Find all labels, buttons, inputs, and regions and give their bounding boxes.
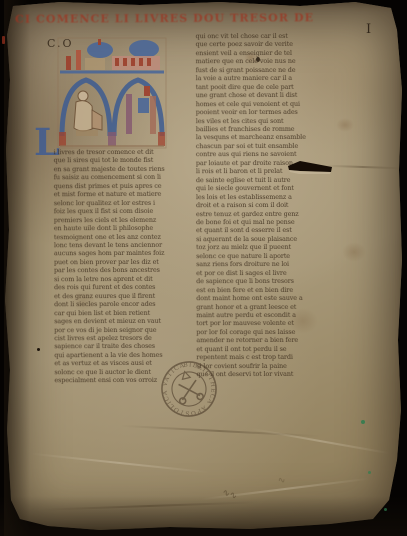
manuscript-text-line: les lois et les establissemenz a [196,192,336,201]
pigment-speck [368,471,371,474]
manuscript-text-line: une grant chose et devant li dist [196,91,336,100]
gutter-shadow [4,0,30,536]
manuscript-text-line: tant pooit dire que de cele part [196,83,336,92]
bottom-edge-shadow [0,496,407,536]
manuscript-text-line: si lor covient soufrir la paine [196,361,336,370]
manuscript-text-line: repentent mais c est trop tardi [196,353,336,362]
crossed-keys-icon [173,369,204,405]
manuscript-text-line: amender ne retorner a bien fere [196,336,336,345]
manuscript-text-line: chascun par soi et tuit ensamble [196,142,336,151]
manuscript-text-line: la voie a autre maniere car il a [196,74,336,83]
pigment-speck [384,508,387,511]
red-edge-mark [2,36,5,44]
manuscript-text-line: de bone foi et qui mal ne pense [196,218,336,227]
manuscript-text-line: pooient veoir en lor termes ades [196,108,336,117]
manuscript-text-line: fust de si grant poissance ne de [196,66,336,75]
pen-trial-mark: ∿ [277,475,286,486]
manuscript-text-line: homes et cele qui venoient et qui [196,99,336,108]
folio-number: I [366,22,371,37]
manuscript-text-line: qui le siecle gouvernent et font [196,184,336,193]
manuscript-text-line: sanz riens fors droiture ne loi [196,260,336,269]
manuscript-text-line: droit et a raison si com il doit [196,201,336,210]
text-column-left: i livres de tresor comence et ditque li … [54,148,195,385]
manuscript-text-line: toz jorz au mielz que il pueent [196,243,336,252]
manuscript-text-line: baillies et franchises de romme [196,125,336,134]
parchment-tear [286,158,336,178]
manuscript-text-line: tort por lor mauvese volente et [196,319,336,328]
manuscript-text-line: et quant il sont d esserre il est [196,226,336,235]
manuscript-text-line: por lor fol corage qui nes laisse [196,328,336,337]
manuscript-text-line: qui onc vit tel chose car il est [196,32,336,41]
manuscript-text-line: si aquerant de la soue plaisance [196,235,336,244]
text-column-right: qui onc vit tel chose car il estque cert… [196,32,337,379]
manuscript-text-line: ensient veil a enseignier de tel [196,49,336,58]
manuscript-text-line: les viles et les cites qui sont [196,116,336,125]
rubric-title: CI COMENCE LI LIVRES DOU TRESOR DE SAPIE… [15,11,315,26]
manuscript-text-line: et quant il ont tot perdu il se [196,345,336,354]
manuscript-text-line: maint autre perdu et escondit a [196,311,336,320]
manuscript-scan: CI COMENCE LI LIVRES DOU TRESOR DE SAPIE… [0,0,407,536]
pigment-speck [361,420,365,424]
manuscript-text-line: de sapience que li bons tresors [196,277,336,286]
manuscript-text-line: grant honor et a grant leesce et [196,302,336,311]
manuscript-text-line: matiere que en cele voie nus ne [196,57,336,66]
manuscript-text-line: est en bien fere et en bien dire [196,285,336,294]
manuscript-text-line: que certe poez savoir de verite [196,40,336,49]
manuscript-text-line: selonc ce que nature li aporte [196,252,336,261]
scribe-miniature [52,36,170,150]
manuscript-text-line: estre tenuz et gardez entre genz [196,209,336,218]
manuscript-text-line: et por ce dist li sages el livre [196,269,336,278]
manuscript-text-line: la vesquns et marcheanz ensamble [196,133,336,142]
manuscript-text-line: dont maint home ont este sauve a [196,294,336,303]
